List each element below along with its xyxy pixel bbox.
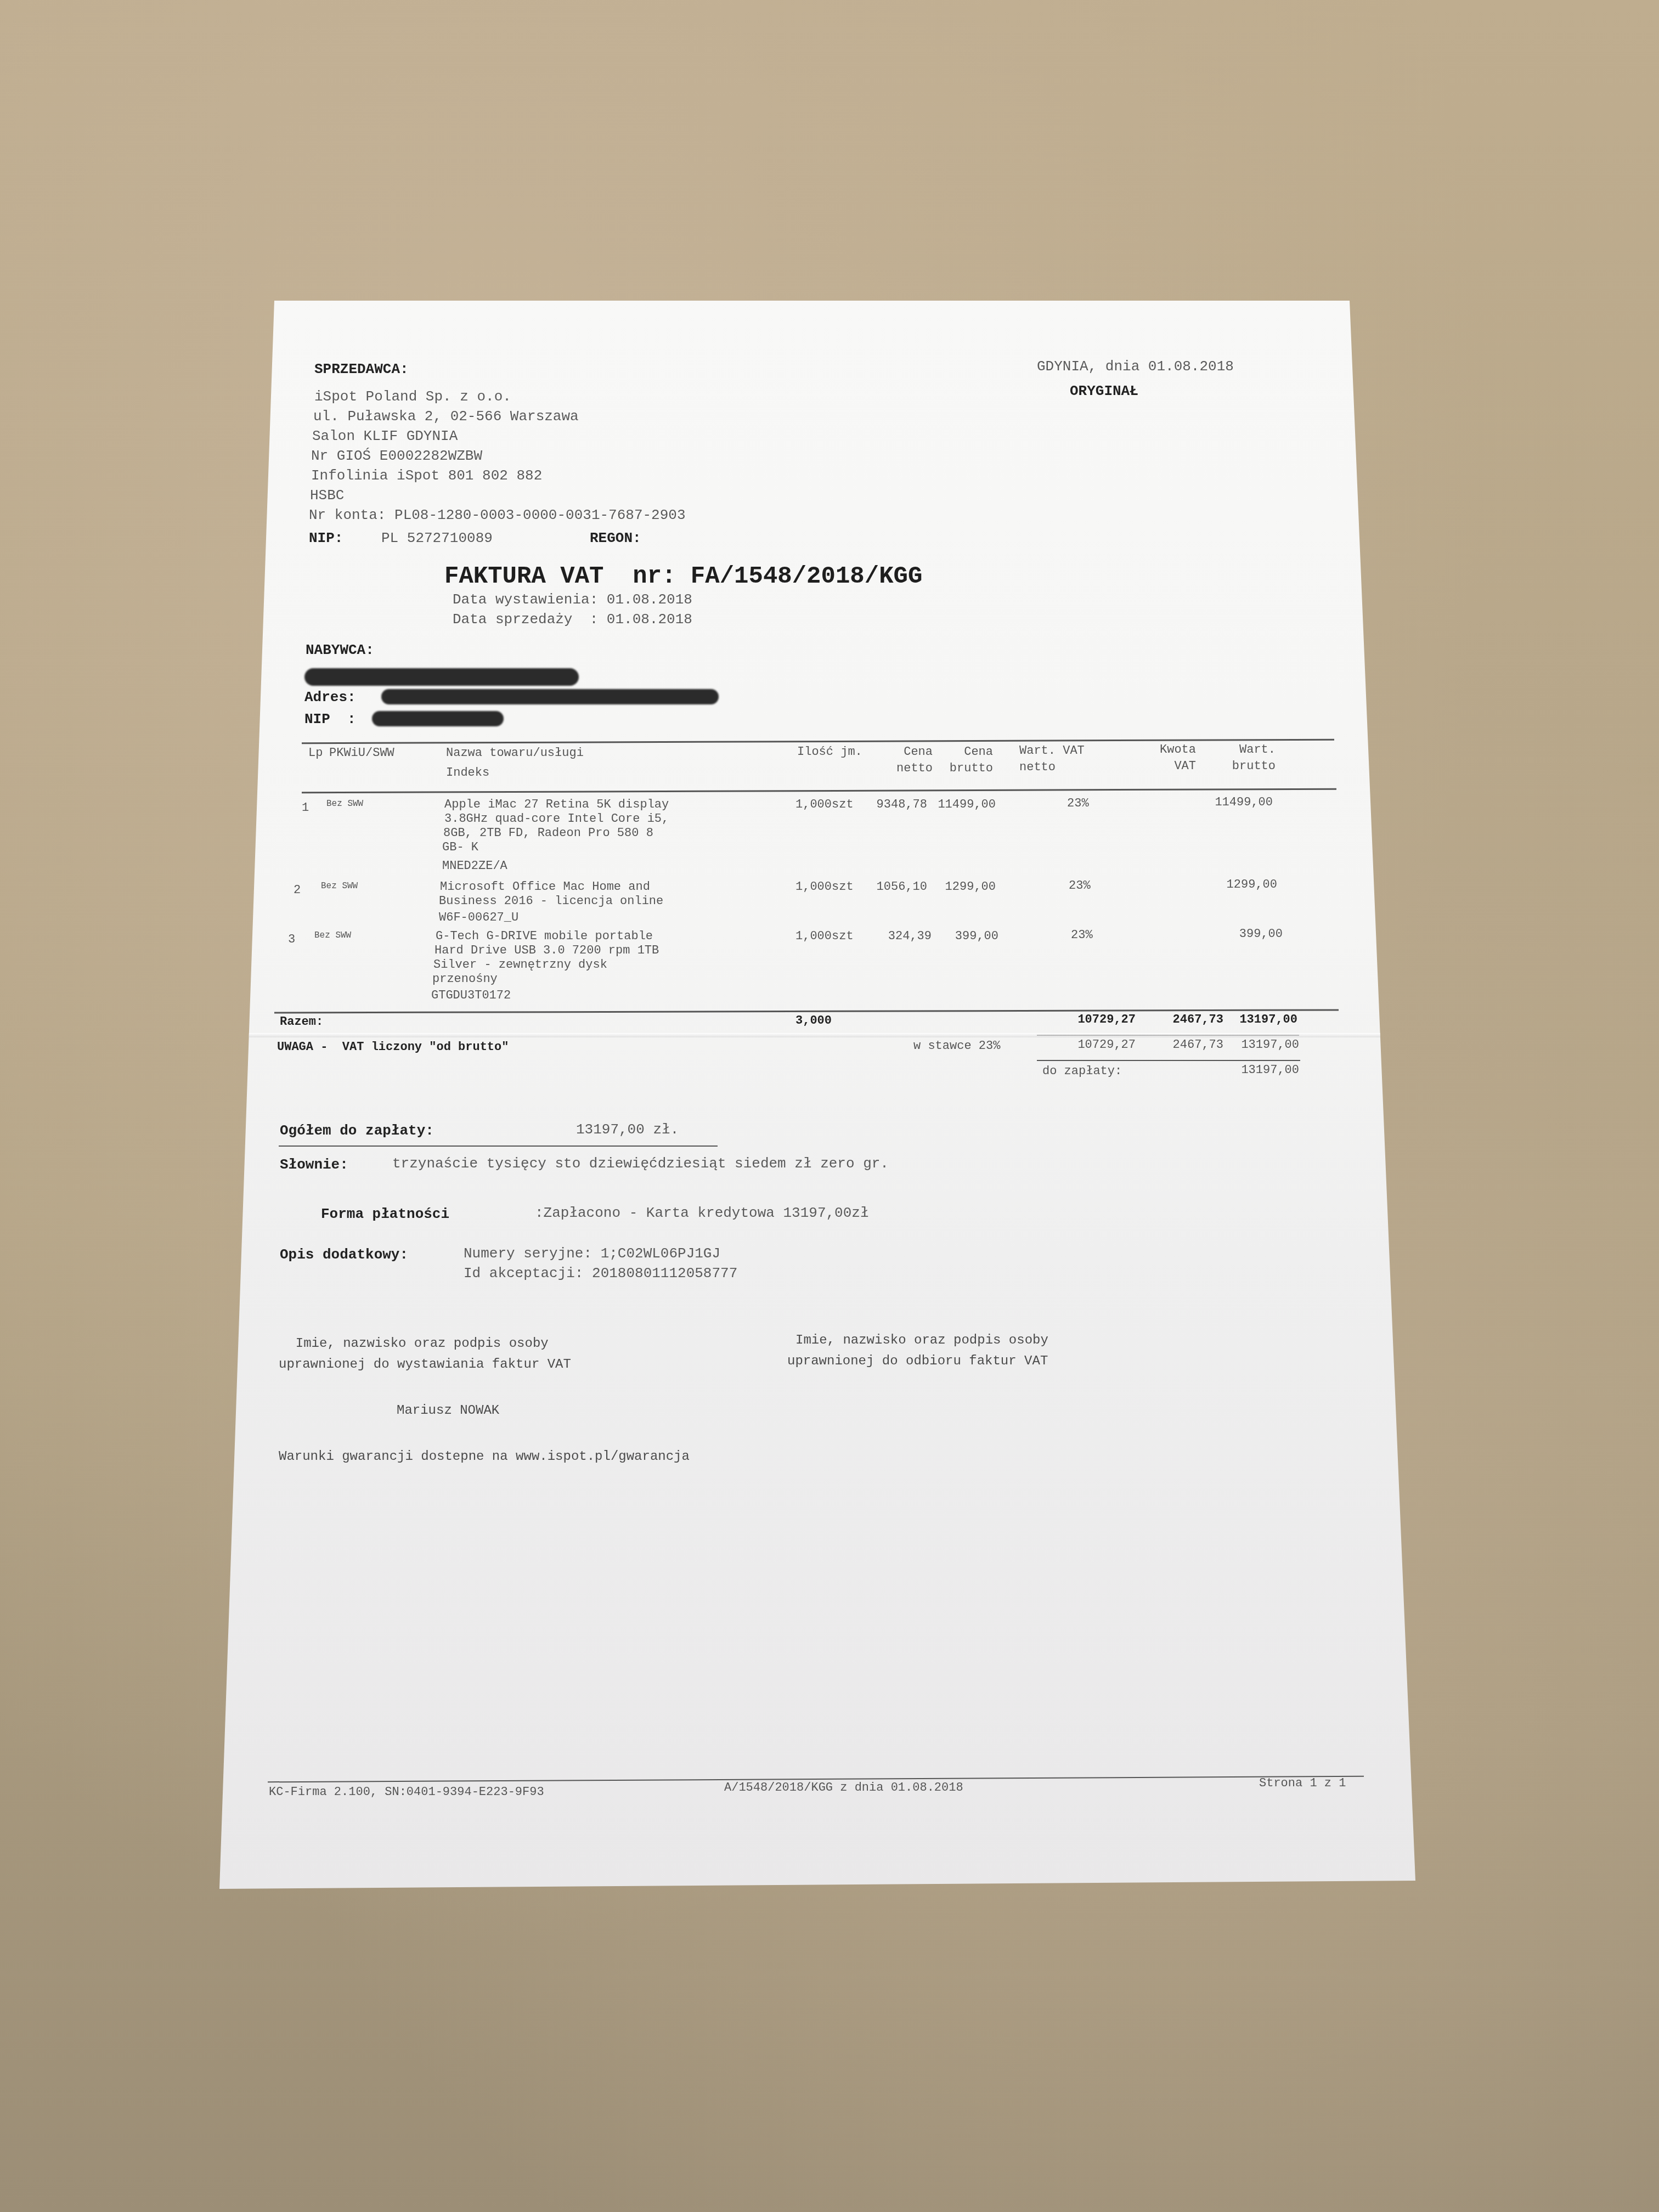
row-gross-price: 1299,00 — [927, 880, 996, 894]
row-qty: 1,000szt — [795, 798, 854, 811]
th-net-price-2: netto — [889, 761, 933, 775]
row-vat: 23% — [1067, 797, 1089, 810]
row-name: 8GB, 2TB FD, Radeon Pro 580 8 — [443, 826, 653, 840]
th-qty: Ilość jm. — [797, 745, 862, 759]
paper-fold — [219, 1033, 1415, 1037]
total-value: 13197,00 zł. — [576, 1121, 679, 1138]
row-qty: 1,000szt — [795, 880, 854, 894]
place-date: GDYNIA, dnia 01.08.2018 — [1037, 358, 1234, 375]
row-index: MNED2ZE/A — [442, 859, 507, 873]
row-gross-price: 11499,00 — [927, 798, 996, 811]
seller-line: Nr GIOŚ E0002282WZBW — [311, 448, 482, 464]
table-header-rule — [302, 788, 1336, 794]
words-label: Słownie: — [280, 1156, 348, 1173]
footer-doc-ref: A/1548/2018/KGG z dnia 01.08.2018 — [724, 1781, 963, 1795]
row-name: Silver - zewnętrzny dysk — [433, 958, 607, 972]
buyer-address-redacted — [381, 689, 719, 704]
th-vat-amount-1: Kwota — [1152, 743, 1196, 757]
warranty-note: Warunki gwarancji dostepne na www.ispot.… — [279, 1449, 690, 1464]
row-vat: 23% — [1071, 928, 1093, 942]
row-name: 3.8GHz quad-core Intel Core i5, — [444, 812, 669, 826]
seller-line: ul. Puławska 2, 02-566 Warszawa — [313, 408, 579, 425]
row-lp: 2 — [294, 883, 301, 897]
issuer-signature-caption: Imie, nazwisko oraz podpis osoby — [280, 1336, 549, 1351]
row-name: Business 2016 - licencja online — [439, 894, 663, 908]
receiver-signature-caption: uprawnionej do odbioru faktur VAT — [787, 1354, 1048, 1369]
seller-line: Nr konta: PL08-1280-0003-0000-0031-7687-… — [309, 507, 686, 523]
row-name: GB- K — [442, 840, 478, 854]
buyer-nip-redacted — [372, 711, 504, 726]
row-name: Microsoft Office Mac Home and — [440, 880, 650, 894]
to-pay-value: 13197,00 — [1229, 1063, 1299, 1077]
buyer-nip-label: NIP : — [304, 711, 356, 727]
row-gross-price: 399,00 — [933, 929, 998, 943]
to-pay-label: do zapłaty: — [1042, 1064, 1122, 1078]
issuer-signature-caption: uprawnionej do wystawiania faktur VAT — [279, 1357, 571, 1372]
totals-net: 10729,27 — [1042, 1013, 1136, 1026]
th-vat-amount-2: VAT — [1152, 759, 1196, 773]
totals-label: Razem: — [280, 1015, 323, 1029]
th-net-price-1: Cena — [889, 745, 933, 759]
row-gross-value: 1299,00 — [1207, 878, 1277, 891]
extra-label: Opis dodatkowy: — [280, 1246, 408, 1263]
seller-line: Salon KLIF GDYNIA — [312, 428, 458, 444]
seller-line: iSpot Poland Sp. z o.o. — [314, 388, 511, 405]
seller-line: Infolinia iSpot 801 802 882 — [311, 467, 542, 484]
th-gross-value-2: brutto — [1215, 759, 1276, 773]
row-pkwiu: Bez SWW — [314, 930, 351, 940]
row-pkwiu: Bez SWW — [321, 881, 358, 891]
th-net-value-1: Wart. VAT — [1019, 744, 1085, 758]
receiver-signature-caption: Imie, nazwisko oraz podpis osoby — [795, 1333, 1048, 1348]
row-net-price: 324,39 — [861, 929, 932, 943]
row-lp: 3 — [288, 933, 295, 946]
row-name: Hard Drive USB 3.0 7200 rpm 1TB — [435, 944, 659, 957]
row-pkwiu: Bez SWW — [326, 799, 363, 809]
issuer-name: Mariusz NOWAK — [397, 1403, 499, 1418]
totals-vat: 2467,73 — [1152, 1013, 1223, 1026]
breakdown-gross: 13197,00 — [1229, 1038, 1299, 1052]
words-value: trzynaście tysięcy sto dziewięćdziesiąt … — [392, 1155, 889, 1172]
footer-software: KC-Firma 2.100, SN:0401-9394-E223-9F93 — [269, 1785, 544, 1799]
total-label: Ogółem do zapłaty: — [280, 1122, 434, 1139]
row-gross-value: 11499,00 — [1201, 795, 1273, 809]
copy-type: ORYGINAŁ — [1070, 383, 1138, 399]
buyer-name-redacted — [304, 668, 579, 686]
row-gross-value: 399,00 — [1212, 927, 1283, 941]
row-index: GTGDU3T0172 — [431, 989, 511, 1002]
th-net-value-2: netto — [1019, 760, 1056, 774]
acceptance-id: Id akceptacji: 20180801112058777 — [464, 1265, 737, 1282]
to-pay-rule — [1037, 1060, 1300, 1061]
row-vat: 23% — [1069, 879, 1091, 893]
totals-qty: 3,000 — [795, 1014, 832, 1028]
serial-numbers: Numery seryjne: 1;C02WL06PJ1GJ — [464, 1245, 720, 1262]
th-index: Indeks — [446, 766, 489, 780]
issue-date: Data wystawienia: 01.08.2018 — [453, 591, 692, 608]
nip-value: PL 5272710089 — [381, 530, 493, 546]
sale-date: Data sprzedaży : 01.08.2018 — [453, 611, 692, 628]
breakdown-net: 10729,27 — [1042, 1038, 1136, 1052]
footer-page: Strona 1 z 1 — [1259, 1776, 1346, 1790]
row-net-price: 1056,10 — [861, 880, 927, 894]
buyer-label: NABYWCA: — [306, 642, 374, 658]
th-gross-price-2: brutto — [944, 761, 993, 775]
totals-gross: 13197,00 — [1229, 1013, 1297, 1026]
th-pkwiu: PKWiU/SWW — [329, 746, 394, 760]
row-lp: 1 — [302, 801, 309, 815]
row-net-price: 9348,78 — [861, 798, 927, 811]
vat-rate-label: w stawce 23% — [913, 1039, 1000, 1053]
seller-label: SPRZEDAWCA: — [314, 361, 409, 377]
vat-note: UWAGA - VAT liczony "od brutto" — [277, 1040, 509, 1054]
th-gross-price-1: Cena — [944, 745, 993, 759]
th-name: Nazwa towaru/usługi — [446, 746, 584, 760]
th-gross-value-1: Wart. — [1215, 743, 1276, 757]
breakdown-vat: 2467,73 — [1152, 1038, 1223, 1052]
nip-label: NIP: — [309, 530, 343, 546]
th-lp: Lp — [308, 746, 323, 760]
invoice-paper: SPRZEDAWCA: GDYNIA, dnia 01.08.2018 ORYG… — [219, 301, 1415, 1889]
row-index: W6F-00627_U — [439, 911, 518, 924]
row-qty: 1,000szt — [795, 929, 854, 943]
payment-label: Forma płatności — [321, 1206, 449, 1222]
payment-value: :Zapłacono - Karta kredytowa 13197,00zł — [535, 1205, 869, 1221]
regon-label: REGON: — [590, 530, 641, 546]
row-name: Apple iMac 27 Retina 5K display — [444, 798, 669, 811]
row-name: przenośny — [432, 972, 498, 986]
invoice-title: FAKTURA VAT nr: FA/1548/2018/KGG — [444, 563, 922, 590]
buyer-address-label: Adres: — [304, 689, 356, 706]
seller-line: HSBC — [310, 487, 344, 504]
row-name: G-Tech G-DRIVE mobile portable — [436, 929, 653, 943]
total-underline — [279, 1145, 718, 1147]
